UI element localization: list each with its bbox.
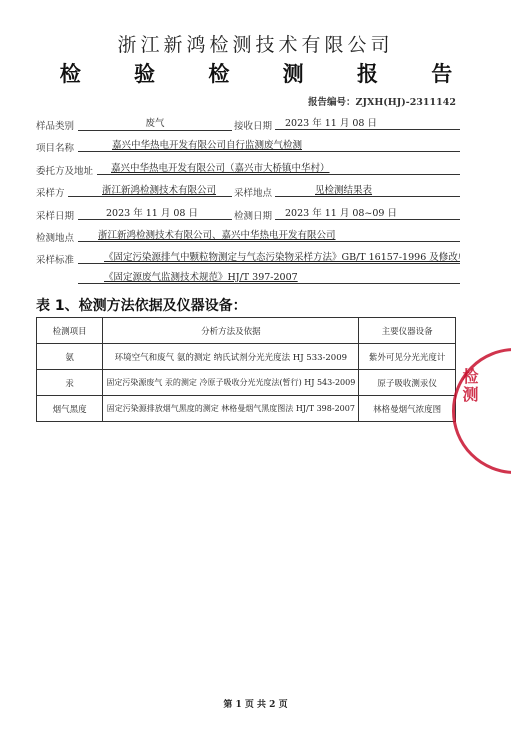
table-row: 烟气黑度 固定污染源排放烟气黑度的测定 林格曼烟气黑度图法 HJ/T 398-2… (37, 396, 456, 422)
test-location-label: 检测地点 (36, 230, 74, 244)
client-address-label: 委托方及地址 (36, 163, 93, 177)
client-address-text: 嘉兴中华热电开发有限公司（嘉兴市大桥镇中华村） (111, 163, 330, 174)
report-number: 报告编号：ZJXH(HJ)-2311142 (308, 94, 456, 108)
sampling-site-text: 见检测结果表 (315, 185, 372, 196)
cell-item: 汞 (37, 370, 103, 396)
test-date-value: 2023 年 11 月 08~09 日 (275, 207, 460, 220)
cell-item: 氨 (37, 344, 103, 370)
sampling-site-label: 采样地点 (234, 185, 272, 199)
project-name-text: 嘉兴中华热电开发有限公司自行监测废气检测 (112, 140, 302, 151)
cell-method: 环境空气和废气 氨的测定 纳氏试剂分光光度法 HJ 533-2009 (103, 344, 359, 370)
stamp-text: 检测 (458, 368, 481, 404)
sampling-date-value: 2023 年 11 月 08 日 (78, 207, 232, 220)
sampling-site-value: 见检测结果表 (275, 184, 460, 197)
receive-date-text: 2023 年 11 月 08 日 (285, 118, 377, 129)
sampling-standard-text-2: 《固定源废气监测技术规范》HJ/T 397-2007 (104, 272, 298, 283)
table-row: 氨 环境空气和废气 氨的测定 纳氏试剂分光光度法 HJ 533-2009 紫外可… (37, 344, 456, 370)
header-instrument: 主要仪器设备 (359, 318, 456, 344)
test-location-text: 浙江新鸿检测技术有限公司、嘉兴中华热电开发有限公司 (98, 230, 336, 241)
sampling-date-label: 采样日期 (36, 208, 74, 222)
sampling-standard-label: 采样标准 (36, 252, 74, 266)
report-title: 检 验 检 测 报 告 (0, 58, 511, 88)
test-date-label: 检测日期 (234, 208, 272, 222)
report-number-label: 报告编号： (308, 97, 356, 108)
cell-method: 固定污染源废气 汞的测定 冷原子吸收分光光度法(暂行) HJ 543-2009 (103, 370, 359, 396)
test-date-text: 2023 年 11 月 08~09 日 (285, 208, 397, 219)
page-indicator: 第 1 页 共 2 页 (0, 697, 511, 710)
sample-category-label: 样品类别 (36, 118, 74, 132)
sampling-standard-line-2: 《固定源废气监测技术规范》HJ/T 397-2007 (78, 271, 460, 284)
cell-instrument: 林格曼烟气浓度图 (359, 396, 456, 422)
cell-item: 烟气黑度 (37, 396, 103, 422)
sampling-date-text: 2023 年 11 月 08 日 (106, 208, 198, 219)
project-name-value: 嘉兴中华热电开发有限公司自行监测废气检测 (78, 139, 460, 152)
section-title: 表 1、检测方法依据及仪器设备： (36, 295, 247, 315)
test-location-value: 浙江新鸿检测技术有限公司、嘉兴中华热电开发有限公司 (78, 229, 460, 242)
project-name-label: 项目名称 (36, 140, 74, 154)
sampling-standard-text-1: 《固定污染源排气中颗粒物测定与气态污染物采样方法》GB/T 16157-1996… (104, 252, 460, 263)
receive-date-label: 接收日期 (234, 118, 272, 132)
company-name: 浙江新鸿检测技术有限公司 (0, 30, 511, 57)
sample-category-value: 废气 (78, 117, 232, 131)
report-number-value: ZJXH(HJ)-2311142 (356, 97, 456, 108)
sampler-text: 浙江新鸿检测技术有限公司 (102, 185, 216, 196)
receive-date-value: 2023 年 11 月 08 日 (275, 117, 460, 130)
table-row: 汞 固定污染源废气 汞的测定 冷原子吸收分光光度法(暂行) HJ 543-200… (37, 370, 456, 396)
sampler-value: 浙江新鸿检测技术有限公司 (68, 184, 232, 197)
client-address-value: 嘉兴中华热电开发有限公司（嘉兴市大桥镇中华村） (97, 162, 460, 175)
cell-method: 固定污染源排放烟气黑度的测定 林格曼烟气黑度图法 HJ/T 398-2007 (103, 396, 359, 422)
sample-category-text: 废气 (145, 118, 164, 129)
cell-instrument: 原子吸收测汞仪 (359, 370, 456, 396)
official-stamp (452, 348, 511, 474)
header-method: 分析方法及依据 (103, 318, 359, 344)
methods-table: 检测项目 分析方法及依据 主要仪器设备 氨 环境空气和废气 氨的测定 纳氏试剂分… (36, 317, 456, 422)
sampler-label: 采样方 (36, 185, 65, 199)
header-test-item: 检测项目 (37, 318, 103, 344)
table-header-row: 检测项目 分析方法及依据 主要仪器设备 (37, 318, 456, 344)
sampling-standard-line-1: 《固定污染源排气中颗粒物测定与气态污染物采样方法》GB/T 16157-1996… (78, 251, 460, 264)
cell-instrument: 紫外可见分光光度计 (359, 344, 456, 370)
